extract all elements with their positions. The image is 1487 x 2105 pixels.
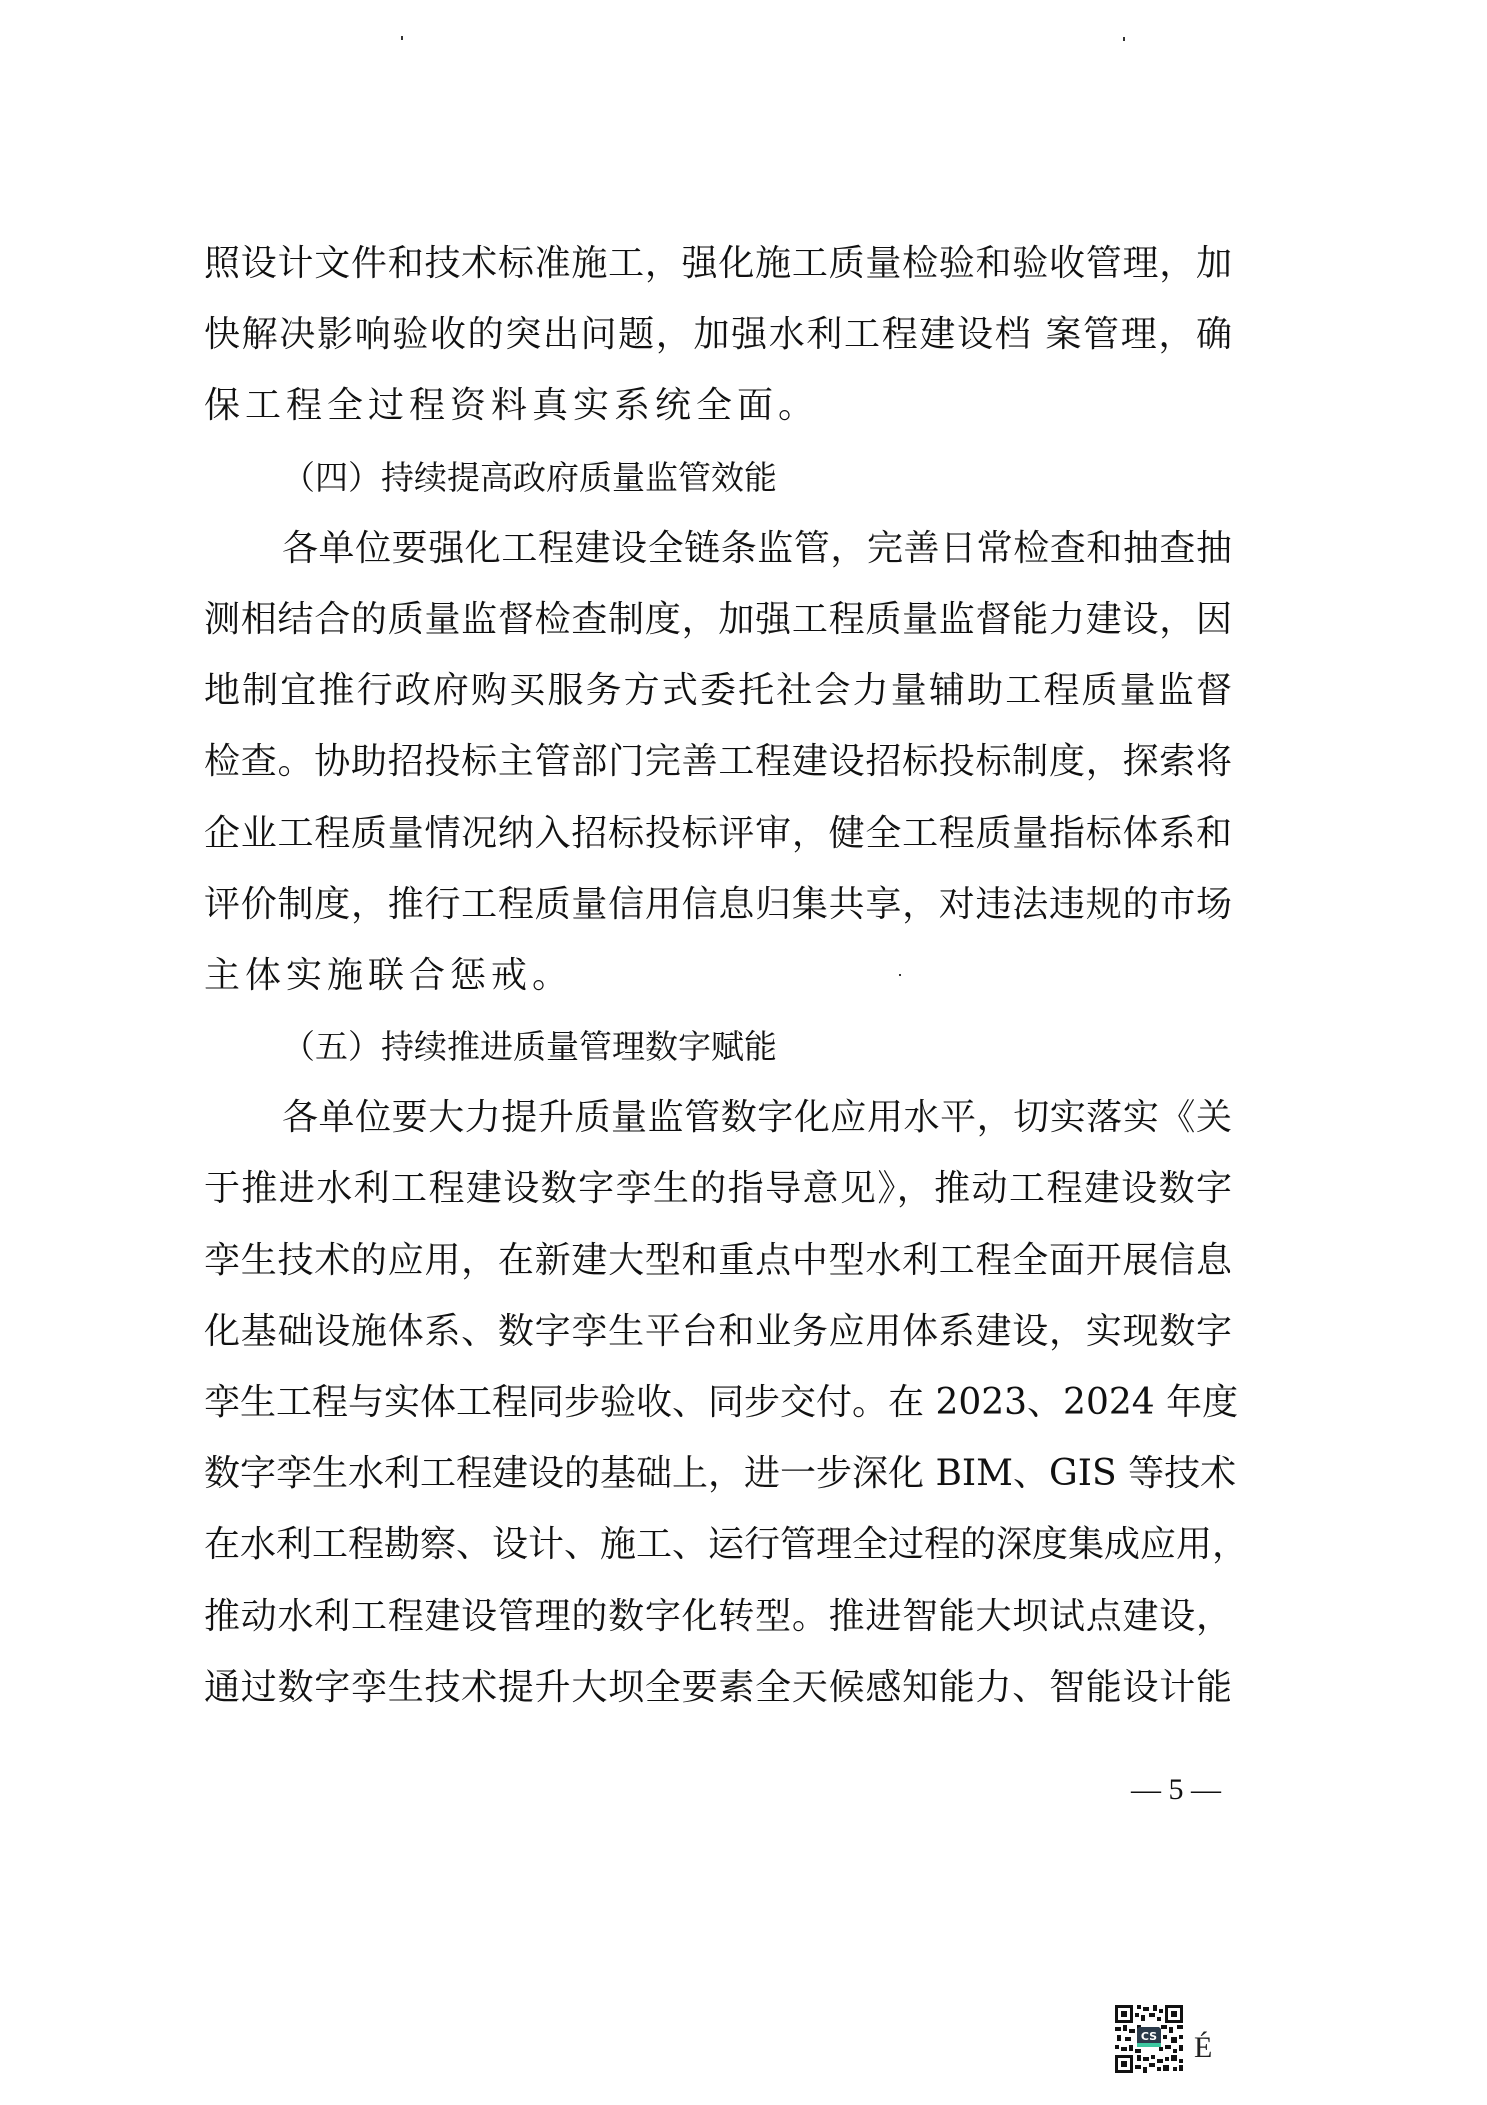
scan-speck-right bbox=[1123, 37, 1125, 41]
body-line: 于推进水利工程建设数字孪生的指导意见》，推动工程建设数字 bbox=[204, 1153, 1232, 1224]
body-line-paragraph-end: 主体实施联合惩戒。 bbox=[204, 940, 1232, 1011]
body-line: 评价制度，推行工程质量信用信息归集共享，对违法违规的市场 bbox=[204, 869, 1232, 940]
qr-code-icon: CS bbox=[1115, 2005, 1183, 2073]
body-line: 数字孪生水利工程建设的基础上，进一步深化 BIM、GIS 等技术 bbox=[204, 1438, 1232, 1509]
body-line: 检查。协助招投标主管部门完善工程建设招标投标制度，探索将 bbox=[204, 726, 1232, 797]
svg-text:CS: CS bbox=[1141, 2030, 1157, 2043]
section-heading-5: （五）持续推进质量管理数字赋能 bbox=[204, 1011, 1232, 1082]
body-line-paragraph-end: 保工程全过程资料真实系统全面。 bbox=[204, 370, 1232, 441]
body-line-paragraph-start: 各单位要大力提升质量监管数字化应用水平，切实落实《关 bbox=[204, 1082, 1232, 1153]
body-line: 孪生工程与实体工程同步验收、同步交付。在 2023、2024 年度 bbox=[204, 1367, 1232, 1438]
page-number: — 5 — bbox=[1118, 1772, 1234, 1808]
document-body: 照设计文件和技术标准施工，强化施工质量检验和验收管理，加 快解决影响验收的突出问… bbox=[204, 228, 1232, 1723]
scan-speck-left bbox=[401, 36, 403, 40]
body-line: 快解决影响验收的突出问题，加强水利工程建设档 案管理，确 bbox=[204, 299, 1232, 370]
body-line: 化基础设施体系、数字孪生平台和业务应用体系建设，实现数字 bbox=[204, 1296, 1232, 1367]
body-line: 孪生技术的应用，在新建大型和重点中型水利工程全面开展信息 bbox=[204, 1225, 1232, 1296]
body-line: 测相结合的质量监督检查制度，加强工程质量监督能力建设，因 bbox=[204, 584, 1232, 655]
qr-side-mark: É bbox=[1194, 2030, 1212, 2066]
body-line: 通过数字孪生技术提升大坝全要素全天候感知能力、智能设计能 bbox=[204, 1652, 1232, 1723]
body-line: 地制宜推行政府购买服务方式委托社会力量辅助工程质量监督 bbox=[204, 655, 1232, 726]
section-heading-4: （四）持续提高政府质量监管效能 bbox=[204, 442, 1232, 513]
body-line: 照设计文件和技术标准施工，强化施工质量检验和验收管理，加 bbox=[204, 228, 1232, 299]
body-line-paragraph-start: 各单位要强化工程建设全链条监管，完善日常检查和抽查抽 bbox=[204, 513, 1232, 584]
body-line: 在水利工程勘察、设计、施工、运行管理全过程的深度集成应用， bbox=[204, 1509, 1232, 1580]
body-line: 企业工程质量情况纳入招标投标评审，健全工程质量指标体系和 bbox=[204, 798, 1232, 869]
body-line: 推动水利工程建设管理的数字化转型。推进智能大坝试点建设， bbox=[204, 1581, 1232, 1652]
